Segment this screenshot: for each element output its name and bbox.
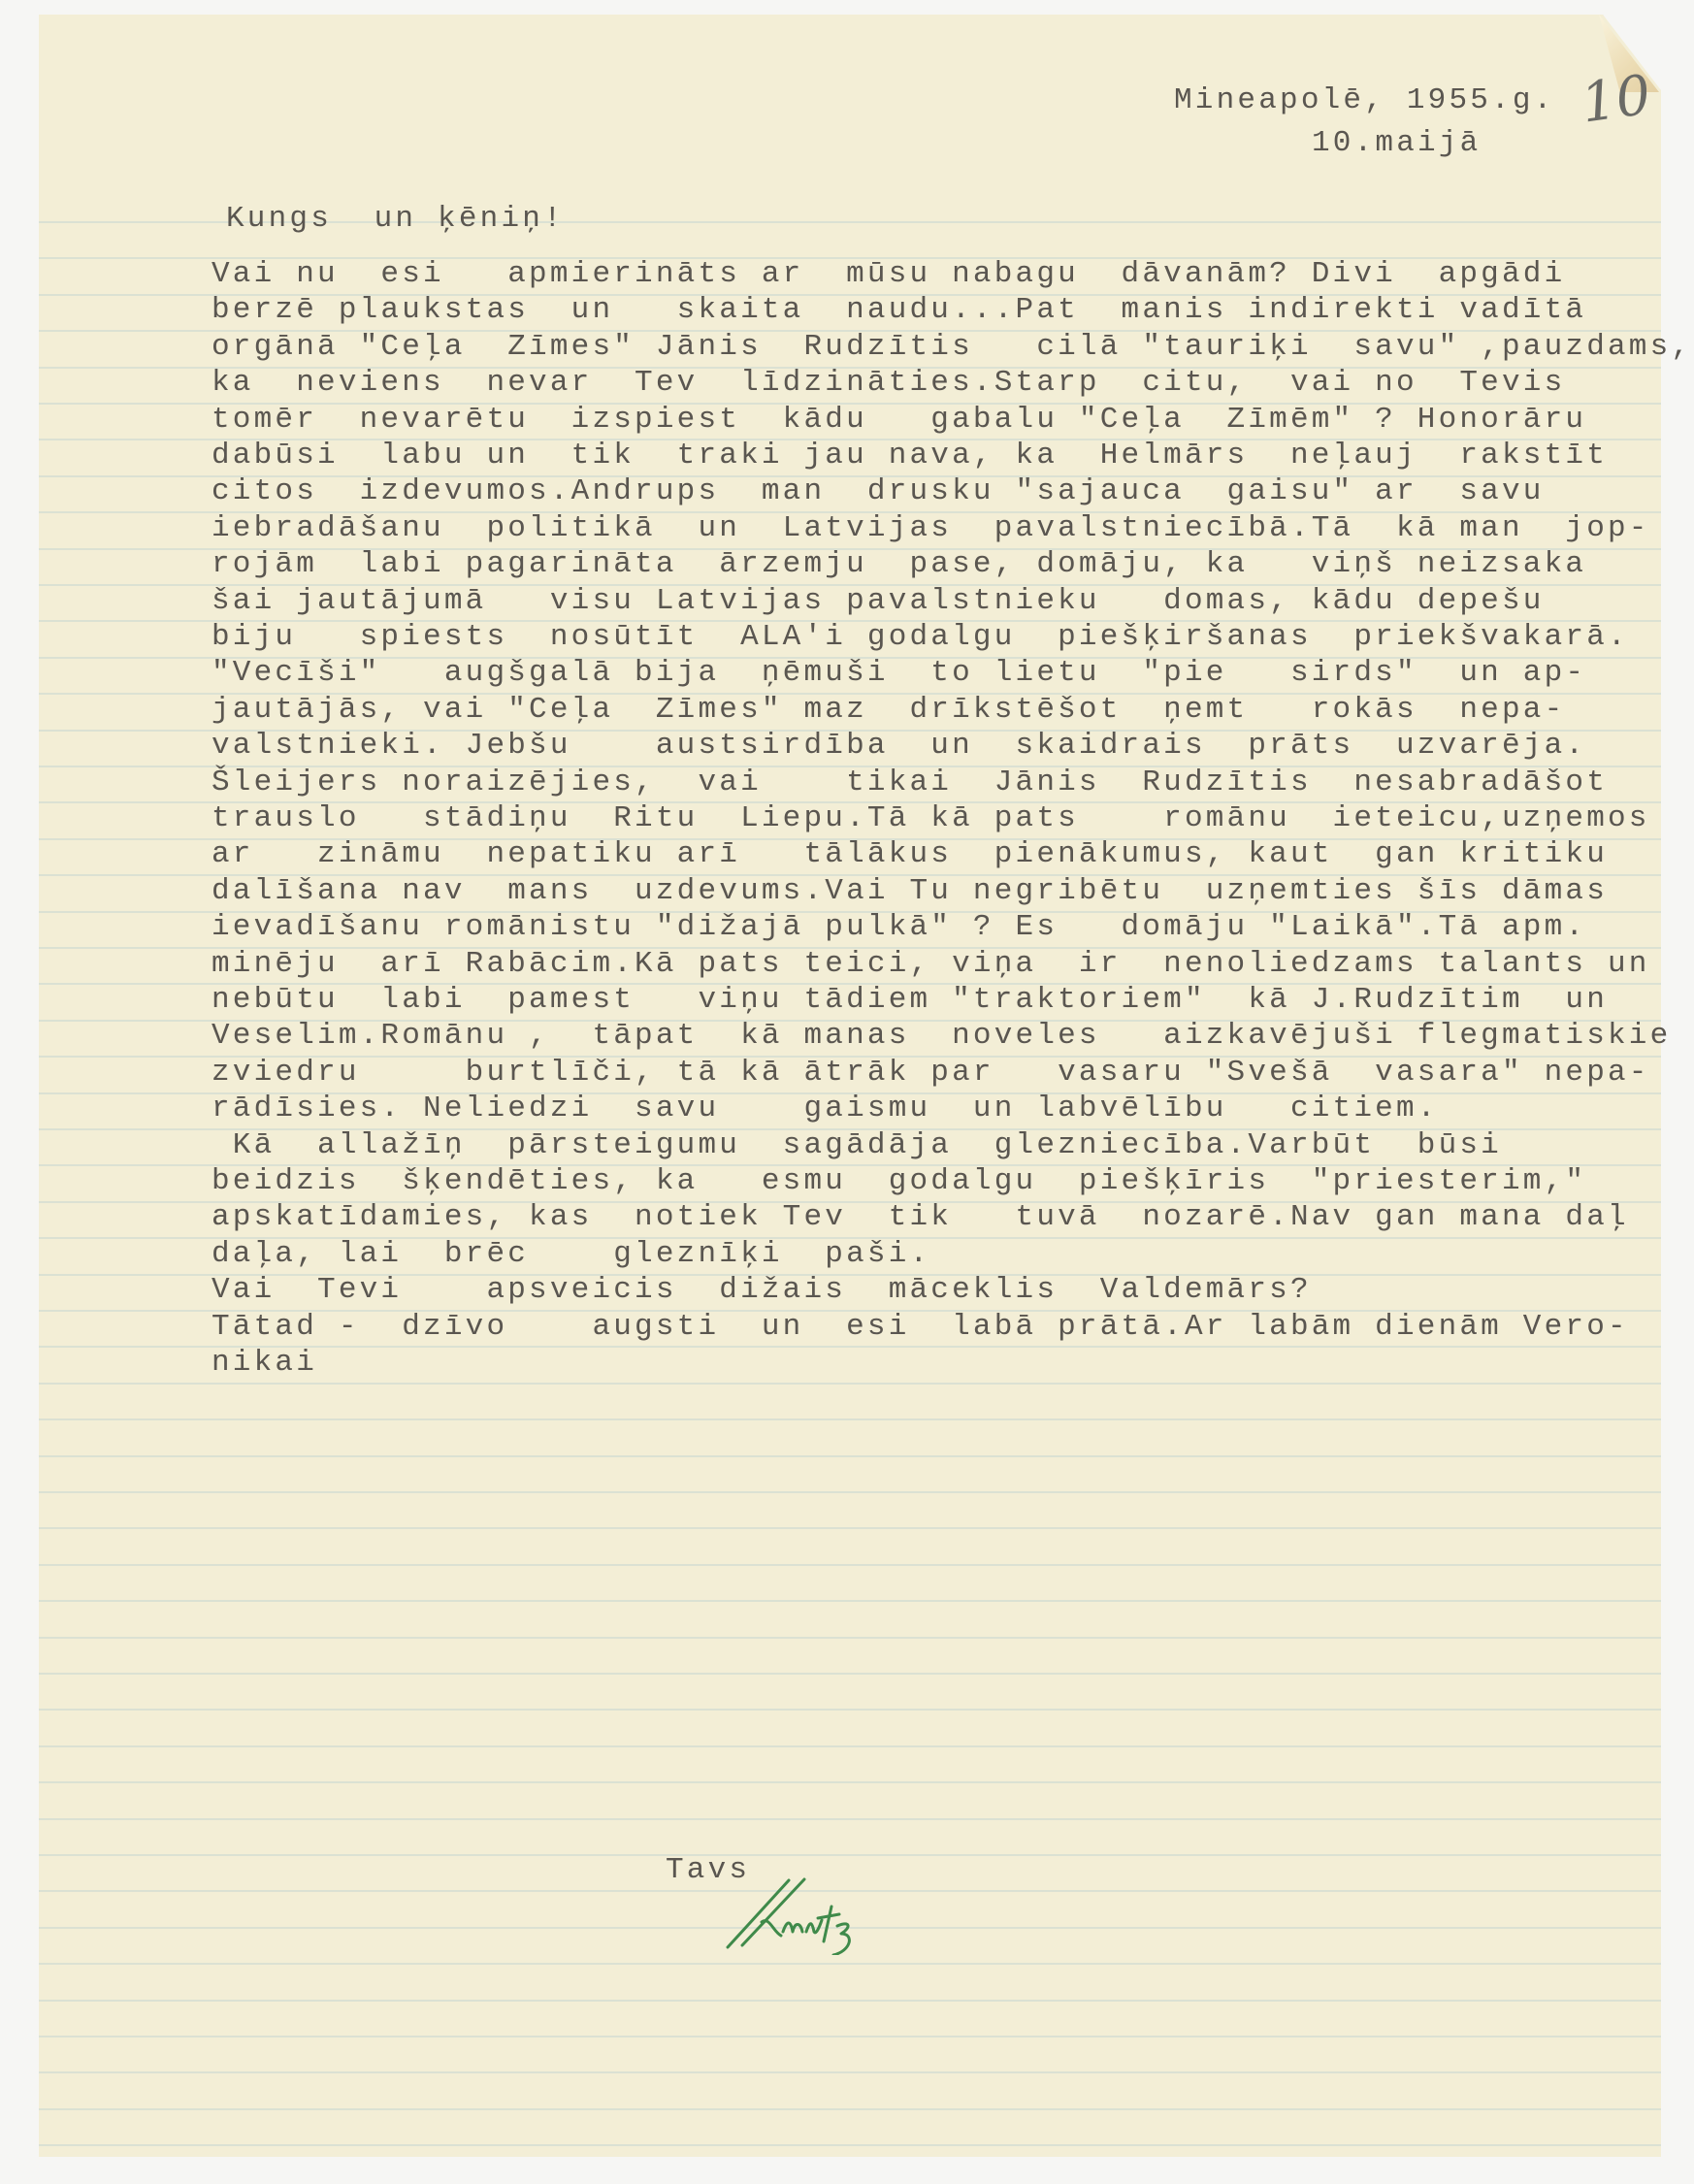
ruled-line <box>39 1781 1661 1783</box>
ruled-line <box>39 1527 1661 1529</box>
body-line: šai jautājumā visu Latvijas pavalstnieku… <box>212 586 1545 616</box>
body-line: Vai nu esi apmierināts ar mūsu nabagu dā… <box>212 259 1565 289</box>
ruled-line <box>39 1854 1661 1856</box>
body-line: tomēr nevarētu izspiest kādu gabalu "Ceļ… <box>212 405 1586 435</box>
body-line: ievadīšanu romānistu "dižajā pulkā" ? Es… <box>212 912 1586 942</box>
body-line: Vai Tevi apsveicis dižais māceklis Valde… <box>212 1275 1312 1305</box>
body-line: trauslo stādiņu Ritu Liepu.Tā kā pats ro… <box>212 803 1650 833</box>
body-line: ka neviens nevar Tev līdzināties.Starp c… <box>212 368 1565 398</box>
body-line: nebūtu labi pamest viņu tādiem "traktori… <box>212 985 1608 1015</box>
salutation: Kungs un ķēniņ! <box>226 204 565 234</box>
body-line: Kā allažīņ pārsteigumu sagādāja glezniec… <box>212 1130 1502 1160</box>
body-line: rojām labi pagarināta ārzemju pase, domā… <box>212 549 1586 579</box>
body-line: biju spiests nosūtīt ALA'i godalgu piešķ… <box>212 622 1629 652</box>
body-line: ar zināmu nepatiku arī tālākus pienākumu… <box>212 839 1608 869</box>
ruled-line <box>39 1455 1661 1457</box>
body-line: zviedru burtlīči, tā kā ātrāk par vasaru… <box>212 1058 1650 1088</box>
body-line: orgānā "Ceļa Zīmes" Jānis Rudzītis cilā … <box>212 332 1692 362</box>
signature <box>723 1877 897 1960</box>
header-place-year: Mineapolē, 1955.g. <box>1174 85 1554 115</box>
body-line: nikai <box>212 1348 317 1378</box>
body-line: rādīsies. Neliedzi savu gaismu un labvēl… <box>212 1093 1439 1124</box>
body-line: iebradāšanu politikā un Latvijas pavalst… <box>212 513 1650 543</box>
page-number: 10 <box>1578 63 1655 135</box>
body-line: jautājās, vai "Ceļa Zīmes" maz drīkstēšo… <box>212 695 1565 725</box>
signature-knuts-icon <box>723 1877 897 1955</box>
ruled-line <box>39 2144 1661 2146</box>
ruled-line <box>39 2036 1661 2037</box>
body-line: citos izdevumos.Andrups man drusku "saja… <box>212 476 1545 506</box>
ruled-line <box>39 1491 1661 1493</box>
body-line: Šleijers noraizējies, vai tikai Jānis Ru… <box>212 767 1608 798</box>
ruled-line <box>39 1818 1661 1820</box>
body-line: Veselim.Romānu , tāpat kā manas noveles … <box>212 1021 1671 1051</box>
ruled-line <box>39 2108 1661 2110</box>
body-line: "Vecīši" augšgalā bija ņēmuši to lietu "… <box>212 658 1586 688</box>
ruled-line <box>39 2000 1661 2002</box>
body-line: daļa, lai brēc gleznīķi paši. <box>212 1239 930 1269</box>
ruled-line <box>39 1745 1661 1747</box>
body-line: dalīšana nav mans uzdevums.Vai Tu negrib… <box>212 876 1608 906</box>
ruled-line <box>39 2071 1661 2073</box>
ruled-line <box>39 1600 1661 1602</box>
body-line: beidzis šķendēties, ka esmu godalgu pieš… <box>212 1166 1586 1196</box>
body-line: berzē plaukstas un skaita naudu...Pat ma… <box>212 295 1586 325</box>
body-line: valstnieki. Jebšu austsirdība un skaidra… <box>212 731 1586 761</box>
ruled-line <box>39 1383 1661 1385</box>
body-line: Tātad - dzīvo augsti un esi labā prātā.A… <box>212 1312 1629 1342</box>
ruled-line <box>39 1963 1661 1965</box>
ruled-line <box>39 1564 1661 1566</box>
ruled-line <box>39 1418 1661 1420</box>
ruled-line <box>39 1709 1661 1711</box>
header-date: 10.maijā <box>1312 128 1481 158</box>
ruled-line <box>39 1673 1661 1675</box>
ruled-line <box>39 1637 1661 1639</box>
body-line: minēju arī Rabācim.Kā pats teici, viņa i… <box>212 949 1650 979</box>
body-line: apskatīdamies, kas notiek Tev tik tuvā n… <box>212 1202 1629 1232</box>
body-line: dabūsi labu un tik traki jau nava, ka He… <box>212 440 1608 471</box>
